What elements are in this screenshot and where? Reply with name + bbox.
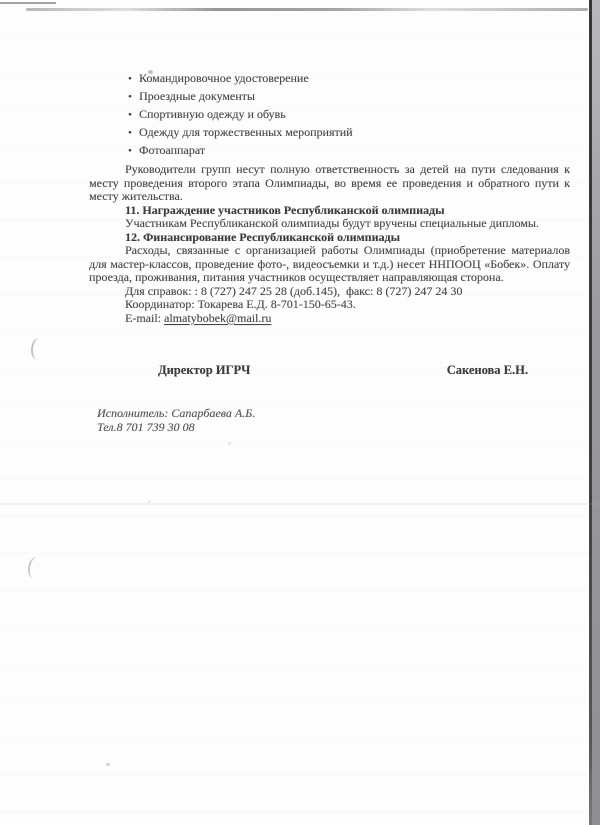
- signatory-title: Директор ИГРЧ: [158, 363, 250, 378]
- letter-text-block: Руководители групп несут полную ответств…: [89, 163, 570, 325]
- required-items-list: • Командировочное удостоверение • Проезд…: [89, 70, 570, 160]
- list-item-label: Проездные документы: [139, 88, 255, 105]
- scan-speck: [148, 500, 151, 503]
- list-item-label: Фотоаппарат: [139, 142, 205, 159]
- scan-speck: [106, 763, 110, 766]
- scan-streak-top: [26, 8, 588, 11]
- scan-artifact-paren-lower: [26, 556, 45, 580]
- scan-artifact-paren-upper: [30, 337, 47, 360]
- bullet-icon: •: [128, 71, 139, 88]
- scan-edge-strip-right: [592, 0, 600, 825]
- email-label: E-mail:: [125, 311, 164, 325]
- email-link[interactable]: almatybobek@mail.ru: [164, 311, 271, 325]
- scan-edge-mark-top-left: [0, 2, 56, 4]
- list-item: • Командировочное удостоверение: [89, 70, 570, 88]
- responsibility-paragraph: Руководители групп несут полную ответств…: [89, 163, 570, 204]
- list-item-label: Одежду для торжественных мероприятий: [139, 124, 353, 141]
- signature-row: Директор ИГРЧ Сакенова Е.Н.: [89, 363, 570, 378]
- scan-speck: [228, 442, 231, 445]
- bullet-icon: •: [128, 89, 139, 106]
- signatory-name: Сакенова Е.Н.: [447, 363, 528, 378]
- bullet-icon: •: [128, 125, 139, 142]
- list-item: • Фотоаппарат: [89, 142, 570, 160]
- section-12-heading: 12. Финансирование Республиканской олимп…: [89, 231, 570, 245]
- list-item: • Одежду для торжественных мероприятий: [89, 124, 570, 142]
- list-item-label: Командировочное удостоверение: [139, 70, 309, 87]
- executor-block: Исполнитель: Сапарбаева А.Б. Тел.8 701 7…: [97, 406, 570, 434]
- scanned-page: • Командировочное удостоверение • Проезд…: [0, 0, 600, 825]
- coordinator-line: Координатор: Токарева Е.Д. 8-701-150-65-…: [89, 298, 570, 312]
- section-11-body: Участникам Республиканской олимпиады буд…: [89, 217, 570, 231]
- list-item-label: Спортивную одежду и обувь: [139, 106, 286, 123]
- letter-body: • Командировочное удостоверение • Проезд…: [89, 70, 570, 434]
- reference-phone-line: Для справок: : 8 (727) 247 25 28 (доб.14…: [89, 285, 570, 299]
- list-item: • Проездные документы: [89, 88, 570, 106]
- email-line: E-mail: almatybobek@mail.ru: [89, 312, 570, 326]
- section-12-body: Расходы, связанные с организацией работы…: [89, 244, 570, 285]
- scan-band-middle: [0, 503, 600, 505]
- executor-name-line: Исполнитель: Сапарбаева А.Б.: [97, 406, 570, 420]
- bullet-icon: •: [128, 107, 139, 124]
- executor-phone-line: Тел.8 701 739 30 08: [97, 420, 570, 434]
- section-11-heading: 11. Награждение участников Республиканск…: [89, 204, 570, 218]
- list-item: • Спортивную одежду и обувь: [89, 106, 570, 124]
- bullet-icon: •: [128, 143, 139, 160]
